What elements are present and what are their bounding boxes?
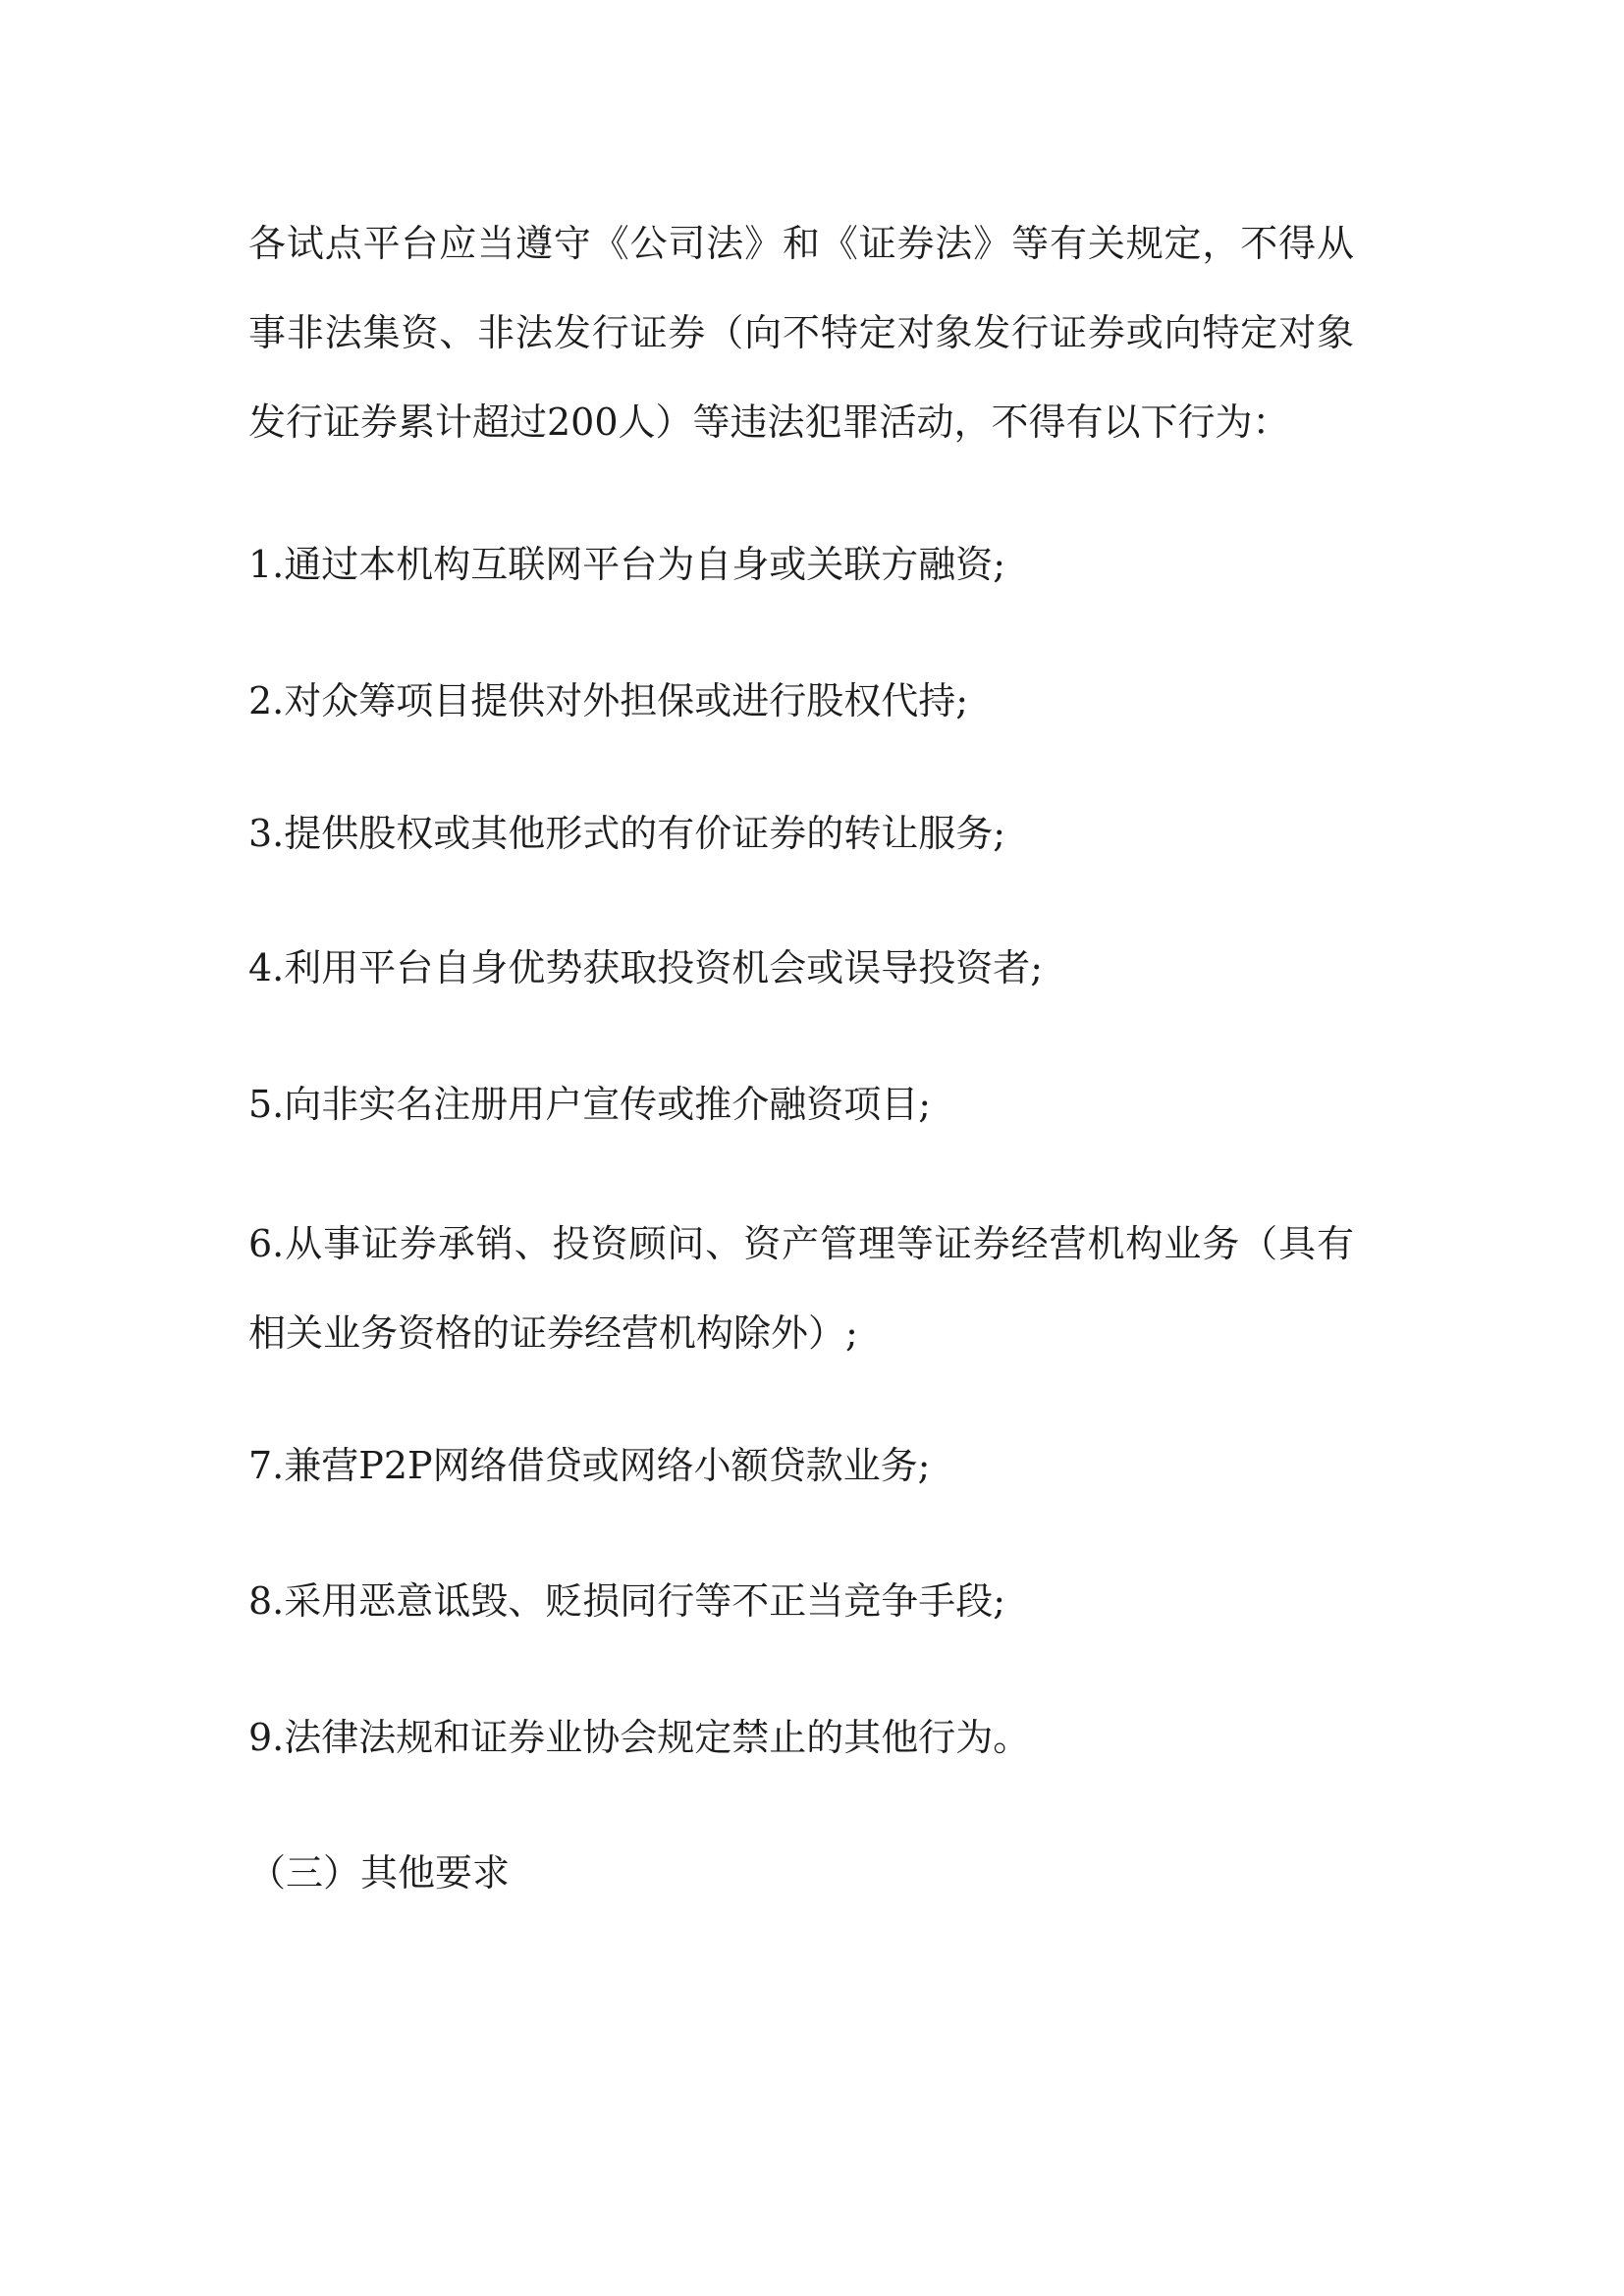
list-item-text: 4.利用平台自身优势获取投资机会或误导投资者; (248, 924, 1354, 1013)
list-item-9: 9.法律法规和证券业协会规定禁止的其他行为。 (248, 1693, 1354, 1783)
section-heading: （三）其他要求 (248, 1829, 1354, 1918)
list-item-text: 8.采用恶意诋毁、贬损同行等不正当竞争手段; (248, 1557, 1354, 1646)
intro-paragraph: 各试点平台应当遵守《公司法》和《证券法》等有关规定，不得从 事非法集资、非法发行… (248, 199, 1354, 467)
intro-line-2: 事非法集资、非法发行证券（向不特定对象发行证券或向特定对象 (248, 289, 1354, 378)
list-item-3: 3.提供股权或其他形式的有价证券的转让服务; (248, 789, 1354, 879)
list-item-text: 7.兼营P2P网络借贷或网络小额贷款业务; (248, 1421, 1354, 1511)
list-item-1: 1.通过本机构互联网平台为自身或关联方融资; (248, 520, 1354, 610)
section-heading-text: （三）其他要求 (248, 1829, 1354, 1918)
document-page: 各试点平台应当遵守《公司法》和《证券法》等有关规定，不得从 事非法集资、非法发行… (0, 0, 1624, 2296)
list-item-4: 4.利用平台自身优势获取投资机会或误导投资者; (248, 924, 1354, 1013)
list-item-8: 8.采用恶意诋毁、贬损同行等不正当竞争手段; (248, 1557, 1354, 1646)
list-item-text-continued: 相关业务资格的证券经营机构除外）; (248, 1289, 1354, 1378)
list-item-text: 3.提供股权或其他形式的有价证券的转让服务; (248, 789, 1354, 879)
list-item-5: 5.向非实名注册用户宣传或推介融资项目; (248, 1060, 1354, 1149)
list-item-text: 1.通过本机构互联网平台为自身或关联方融资; (248, 520, 1354, 610)
list-item-text: 6.从事证券承销、投资顾问、资产管理等证券经营机构业务（具有 (248, 1200, 1354, 1289)
list-item-text: 9.法律法规和证券业协会规定禁止的其他行为。 (248, 1693, 1354, 1783)
list-item-text: 5.向非实名注册用户宣传或推介融资项目; (248, 1060, 1354, 1149)
list-item-6: 6.从事证券承销、投资顾问、资产管理等证券经营机构业务（具有 相关业务资格的证券… (248, 1200, 1354, 1378)
list-item-2: 2.对众筹项目提供对外担保或进行股权代持; (248, 657, 1354, 746)
list-item-7: 7.兼营P2P网络借贷或网络小额贷款业务; (248, 1421, 1354, 1511)
list-item-text: 2.对众筹项目提供对外担保或进行股权代持; (248, 657, 1354, 746)
intro-line-3: 发行证券累计超过200人）等违法犯罪活动，不得有以下行为： (248, 378, 1354, 467)
intro-line-1: 各试点平台应当遵守《公司法》和《证券法》等有关规定，不得从 (248, 199, 1354, 289)
